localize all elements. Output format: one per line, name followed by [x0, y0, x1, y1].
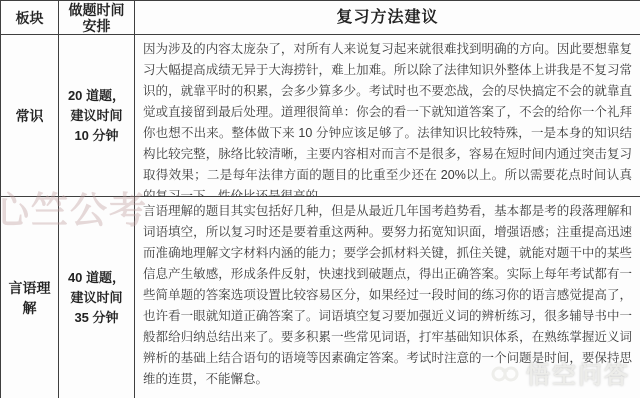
row-changshi-section: 常识: [1, 35, 59, 197]
row-yanyu-section: 言语理解: [1, 197, 59, 398]
header-section: 板块: [1, 1, 59, 35]
row-changshi-time: 20 道题，建议时间 10 分钟: [59, 35, 135, 197]
row-yanyu-time: 40 道题，建议时间 35 分钟: [59, 197, 135, 398]
review-advice-table-page: 板块 做题时间安排 复习方法建议 常识 20 道题，建议时间 10 分钟 因为涉…: [0, 0, 640, 398]
row-yanyu-advice: 言语理解的题目其实包括好几种，但是从最近几年国考趋势看，基本都是考的段落理解和词…: [135, 197, 640, 398]
header-time: 做题时间安排: [59, 1, 135, 35]
row-changshi-advice: 因为涉及的内容太庞杂了，对所有人来说复习起来就很难找到明确的方向。因此要想靠复习…: [135, 35, 640, 197]
header-advice: 复习方法建议: [135, 1, 640, 35]
review-method-table: 板块 做题时间安排 复习方法建议 常识 20 道题，建议时间 10 分钟 因为涉…: [0, 0, 640, 398]
